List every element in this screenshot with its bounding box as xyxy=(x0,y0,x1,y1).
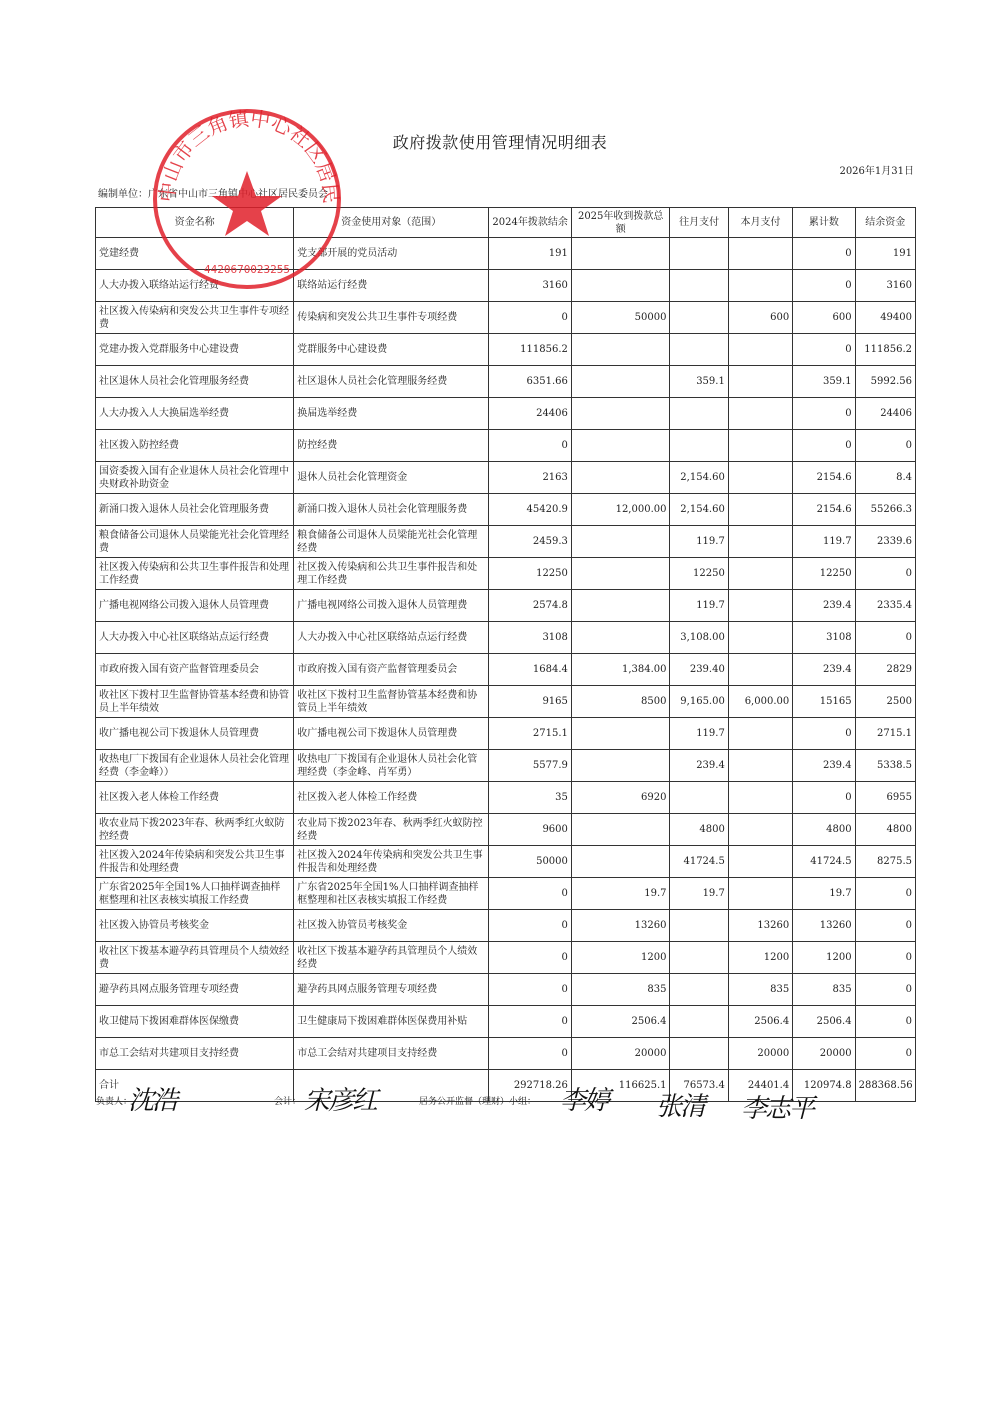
fund-name-cell: 党建办拨入党群服务中心建设费 xyxy=(96,334,294,366)
received-2025-cell xyxy=(571,238,670,270)
responsible-person-label: 负责人： xyxy=(96,1094,132,1107)
received-2025-cell xyxy=(571,526,670,558)
received-2025-cell xyxy=(571,366,670,398)
remaining-cell: 24406 xyxy=(855,398,915,430)
remaining-cell: 6955 xyxy=(855,782,915,814)
cumulative-cell: 239.4 xyxy=(793,750,855,782)
received-2025-cell xyxy=(571,590,670,622)
group-member-signature-2: 张清 xyxy=(656,1086,704,1123)
scope-cell: 收社区下拨基本避孕药具管理员个人绩效经费 xyxy=(294,942,489,974)
current-paid-cell xyxy=(728,558,792,590)
table-row: 国资委拨入国有企业退休人员社会化管理中央财政补助资金退休人员社会化管理资金216… xyxy=(96,462,916,494)
balance-2024-cell: 0 xyxy=(489,910,572,942)
prev-paid-cell xyxy=(670,910,728,942)
current-paid-cell xyxy=(728,654,792,686)
current-paid-cell: 835 xyxy=(728,974,792,1006)
scope-cell: 联络站运行经费 xyxy=(294,270,489,302)
balance-2024-cell: 2715.1 xyxy=(489,718,572,750)
received-2025-cell: 8500 xyxy=(571,686,670,718)
fund-name-cell: 广播电视网络公司拨入退休人员管理费 xyxy=(96,590,294,622)
balance-2024-cell: 45420.9 xyxy=(489,494,572,526)
fund-name-cell: 社区拨入传染病和突发公共卫生事件专项经费 xyxy=(96,302,294,334)
table-row: 收社区下拨村卫生监督协管基本经费和协管员上半年绩效收社区下拨村卫生监督协管基本经… xyxy=(96,686,916,718)
balance-2024-cell: 3108 xyxy=(489,622,572,654)
col-header-scope: 资金使用对象（范围） xyxy=(294,208,489,238)
received-2025-cell xyxy=(571,558,670,590)
table-row: 收社区下拨基本避孕药具管理员个人绩效经费收社区下拨基本避孕药具管理员个人绩效经费… xyxy=(96,942,916,974)
cumulative-cell: 835 xyxy=(793,974,855,1006)
current-paid-cell xyxy=(728,366,792,398)
fund-name-cell: 收社区下拨村卫生监督协管基本经费和协管员上半年绩效 xyxy=(96,686,294,718)
prev-paid-cell xyxy=(670,334,728,366)
remaining-cell: 3160 xyxy=(855,270,915,302)
cumulative-cell: 41724.5 xyxy=(793,846,855,878)
balance-2024-cell: 0 xyxy=(489,1006,572,1038)
prev-paid-cell: 2,154.60 xyxy=(670,494,728,526)
received-2025-cell: 12,000.00 xyxy=(571,494,670,526)
balance-2024-cell: 0 xyxy=(489,1038,572,1070)
balance-2024-cell: 0 xyxy=(489,942,572,974)
fund-name-cell: 新涌口拨入退休人员社会化管理服务费 xyxy=(96,494,294,526)
table-row: 人大办拨入人大换届选举经费换届选举经费24406024406 xyxy=(96,398,916,430)
supervision-group-label: 居务公开监督（理财）小组： xyxy=(419,1094,536,1107)
scope-cell: 收广播电视公司下拨退休人员管理费 xyxy=(294,718,489,750)
col-header-prev-paid: 往月支付 xyxy=(670,208,728,238)
scope-cell: 卫生健康局下拨困难群体医保费用补贴 xyxy=(294,1006,489,1038)
received-2025-cell xyxy=(571,270,670,302)
current-paid-cell xyxy=(728,590,792,622)
funds-table: 资金名称 资金使用对象（范围） 2024年拨款结余 2025年收到拨款总额 往月… xyxy=(95,207,916,1102)
balance-2024-cell: 6351.66 xyxy=(489,366,572,398)
cumulative-cell: 359.1 xyxy=(793,366,855,398)
current-paid-cell xyxy=(728,398,792,430)
fund-name-cell: 收社区下拨基本避孕药具管理员个人绩效经费 xyxy=(96,942,294,974)
prev-paid-cell xyxy=(670,398,728,430)
remaining-cell: 2339.6 xyxy=(855,526,915,558)
remaining-cell: 0 xyxy=(855,974,915,1006)
table-row: 市总工会结对共建项目支持经费市总工会结对共建项目支持经费020000200002… xyxy=(96,1038,916,1070)
signature-section: 负责人： 沈浩 会计： 宋彦红 居务公开监督（理财）小组： 李婷 张清 李志平 xyxy=(96,1092,916,1132)
responsible-person-signature: 沈浩 xyxy=(128,1080,176,1117)
scope-cell: 社区拨入传染病和公共卫生事件报告和处理工作经费 xyxy=(294,558,489,590)
scope-cell: 社区拨入老人体检工作经费 xyxy=(294,782,489,814)
balance-2024-cell: 111856.2 xyxy=(489,334,572,366)
remaining-cell: 0 xyxy=(855,558,915,590)
balance-2024-cell: 0 xyxy=(489,430,572,462)
table-row: 社区拨入协管员考核奖金社区拨入协管员考核奖金01326013260132600 xyxy=(96,910,916,942)
prev-paid-cell xyxy=(670,974,728,1006)
prev-paid-cell: 119.7 xyxy=(670,590,728,622)
remaining-cell: 5992.56 xyxy=(855,366,915,398)
cumulative-cell: 2506.4 xyxy=(793,1006,855,1038)
cumulative-cell: 0 xyxy=(793,718,855,750)
balance-2024-cell: 0 xyxy=(489,878,572,910)
fund-name-cell: 社区拨入老人体检工作经费 xyxy=(96,782,294,814)
remaining-cell: 2829 xyxy=(855,654,915,686)
table-row: 社区退休人员社会化管理服务经费社区退休人员社会化管理服务经费6351.66359… xyxy=(96,366,916,398)
balance-2024-cell: 3160 xyxy=(489,270,572,302)
fund-name-cell: 收广播电视公司下拨退休人员管理费 xyxy=(96,718,294,750)
remaining-cell: 0 xyxy=(855,910,915,942)
accountant-signature: 宋彦红 xyxy=(304,1080,376,1117)
table-row: 党建办拨入党群服务中心建设费党群服务中心建设费111856.20111856.2 xyxy=(96,334,916,366)
balance-2024-cell: 2459.3 xyxy=(489,526,572,558)
prev-paid-cell xyxy=(670,270,728,302)
fund-name-cell: 收热电厂下拨国有企业退休人员社会化管理经费（李金峰）） xyxy=(96,750,294,782)
prev-paid-cell: 4800 xyxy=(670,814,728,846)
cumulative-cell: 0 xyxy=(793,270,855,302)
cumulative-cell: 13260 xyxy=(793,910,855,942)
received-2025-cell xyxy=(571,430,670,462)
prev-paid-cell xyxy=(670,238,728,270)
current-paid-cell xyxy=(728,270,792,302)
prev-paid-cell xyxy=(670,302,728,334)
group-member-signature-3: 李志平 xyxy=(741,1088,813,1125)
prev-paid-cell: 119.7 xyxy=(670,526,728,558)
fund-name-cell: 社区拨入防控经费 xyxy=(96,430,294,462)
scope-cell: 市政府拨入国有资产监督管理委员会 xyxy=(294,654,489,686)
remaining-cell: 191 xyxy=(855,238,915,270)
prev-paid-cell: 239.40 xyxy=(670,654,728,686)
received-2025-cell xyxy=(571,846,670,878)
table-row: 社区拨入传染病和公共卫生事件报告和处理工作经费社区拨入传染病和公共卫生事件报告和… xyxy=(96,558,916,590)
fund-name-cell: 广东省2025年全国1%人口抽样调查抽样框整理和社区表核实填报工作经费 xyxy=(96,878,294,910)
table-row: 人大办拨入中心社区联络站点运行经费人大办拨入中心社区联络站点运行经费31083,… xyxy=(96,622,916,654)
scope-cell: 社区拨入协管员考核奖金 xyxy=(294,910,489,942)
received-2025-cell: 50000 xyxy=(571,302,670,334)
table-row: 人大办拨入联络站运行经费联络站运行经费316003160 xyxy=(96,270,916,302)
prev-paid-cell xyxy=(670,430,728,462)
scope-cell: 党群服务中心建设费 xyxy=(294,334,489,366)
received-2025-cell: 835 xyxy=(571,974,670,1006)
cumulative-cell: 20000 xyxy=(793,1038,855,1070)
table-row: 新涌口拨入退休人员社会化管理服务费新涌口拨入退休人员社会化管理服务费45420.… xyxy=(96,494,916,526)
remaining-cell: 49400 xyxy=(855,302,915,334)
current-paid-cell xyxy=(728,526,792,558)
fund-name-cell: 人大办拨入联络站运行经费 xyxy=(96,270,294,302)
received-2025-cell xyxy=(571,462,670,494)
prev-paid-cell: 359.1 xyxy=(670,366,728,398)
remaining-cell: 2335.4 xyxy=(855,590,915,622)
fund-name-cell: 避孕药具网点服务管理专项经费 xyxy=(96,974,294,1006)
prev-paid-cell: 19.7 xyxy=(670,878,728,910)
current-paid-cell xyxy=(728,462,792,494)
cumulative-cell: 239.4 xyxy=(793,654,855,686)
received-2025-cell: 13260 xyxy=(571,910,670,942)
scope-cell: 广东省2025年全国1%人口抽样调查抽样框整理和社区表核实填报工作经费 xyxy=(294,878,489,910)
prev-paid-cell xyxy=(670,942,728,974)
prev-paid-cell: 239.4 xyxy=(670,750,728,782)
fund-name-cell: 社区拨入2024年传染病和突发公共卫生事件报告和处理经费 xyxy=(96,846,294,878)
scope-cell: 党支部开展的党员活动 xyxy=(294,238,489,270)
cumulative-cell: 19.7 xyxy=(793,878,855,910)
col-header-cumulative: 累计数 xyxy=(793,208,855,238)
current-paid-cell xyxy=(728,718,792,750)
received-2025-cell: 1,384.00 xyxy=(571,654,670,686)
fund-name-cell: 人大办拨入人大换届选举经费 xyxy=(96,398,294,430)
current-paid-cell: 600 xyxy=(728,302,792,334)
received-2025-cell: 2506.4 xyxy=(571,1006,670,1038)
table-row: 广东省2025年全国1%人口抽样调查抽样框整理和社区表核实填报工作经费广东省20… xyxy=(96,878,916,910)
scope-cell: 退休人员社会化管理资金 xyxy=(294,462,489,494)
col-header-2024-balance: 2024年拨款结余 xyxy=(489,208,572,238)
fund-name-cell: 市总工会结对共建项目支持经费 xyxy=(96,1038,294,1070)
received-2025-cell xyxy=(571,750,670,782)
scope-cell: 传染病和突发公共卫生事件专项经费 xyxy=(294,302,489,334)
current-paid-cell xyxy=(728,878,792,910)
scope-cell: 收社区下拨村卫生监督协管基本经费和协管员上半年绩效 xyxy=(294,686,489,718)
remaining-cell: 8275.5 xyxy=(855,846,915,878)
prev-paid-cell xyxy=(670,1038,728,1070)
fund-name-cell: 国资委拨入国有企业退休人员社会化管理中央财政补助资金 xyxy=(96,462,294,494)
current-paid-cell: 2506.4 xyxy=(728,1006,792,1038)
balance-2024-cell: 5577.9 xyxy=(489,750,572,782)
table-row: 收热电厂下拨国有企业退休人员社会化管理经费（李金峰））收热电厂下拨国有企业退休人… xyxy=(96,750,916,782)
table-row: 社区拨入老人体检工作经费社区拨入老人体检工作经费35692006955 xyxy=(96,782,916,814)
table-row: 社区拨入2024年传染病和突发公共卫生事件报告和处理经费社区拨入2024年传染病… xyxy=(96,846,916,878)
cumulative-cell: 0 xyxy=(793,238,855,270)
prev-paid-cell xyxy=(670,782,728,814)
col-header-current-paid: 本月支付 xyxy=(728,208,792,238)
current-paid-cell xyxy=(728,238,792,270)
remaining-cell: 5338.5 xyxy=(855,750,915,782)
cumulative-cell: 0 xyxy=(793,430,855,462)
balance-2024-cell: 1684.4 xyxy=(489,654,572,686)
remaining-cell: 4800 xyxy=(855,814,915,846)
table-row: 收广播电视公司下拨退休人员管理费收广播电视公司下拨退休人员管理费2715.111… xyxy=(96,718,916,750)
remaining-cell: 0 xyxy=(855,1006,915,1038)
received-2025-cell xyxy=(571,718,670,750)
cumulative-cell: 2154.6 xyxy=(793,494,855,526)
cumulative-cell: 0 xyxy=(793,398,855,430)
fund-name-cell: 党建经费 xyxy=(96,238,294,270)
prev-paid-cell xyxy=(670,1006,728,1038)
remaining-cell: 8.4 xyxy=(855,462,915,494)
current-paid-cell: 6,000.00 xyxy=(728,686,792,718)
table-row: 党建经费党支部开展的党员活动1910191 xyxy=(96,238,916,270)
received-2025-cell: 19.7 xyxy=(571,878,670,910)
table-row: 广播电视网络公司拨入退休人员管理费广播电视网络公司拨入退休人员管理费2574.8… xyxy=(96,590,916,622)
fund-name-cell: 收农业局下拨2023年春、秋两季红火蚁防控经费 xyxy=(96,814,294,846)
table-row: 社区拨入防控经费防控经费000 xyxy=(96,430,916,462)
received-2025-cell xyxy=(571,334,670,366)
remaining-cell: 111856.2 xyxy=(855,334,915,366)
balance-2024-cell: 0 xyxy=(489,974,572,1006)
scope-cell: 避孕药具网点服务管理专项经费 xyxy=(294,974,489,1006)
col-header-remaining: 结余资金 xyxy=(855,208,915,238)
cumulative-cell: 12250 xyxy=(793,558,855,590)
balance-2024-cell: 0 xyxy=(489,302,572,334)
cumulative-cell: 600 xyxy=(793,302,855,334)
balance-2024-cell: 9600 xyxy=(489,814,572,846)
current-paid-cell xyxy=(728,430,792,462)
fund-name-cell: 社区退休人员社会化管理服务经费 xyxy=(96,366,294,398)
table-row: 市政府拨入国有资产监督管理委员会市政府拨入国有资产监督管理委员会1684.41,… xyxy=(96,654,916,686)
current-paid-cell xyxy=(728,814,792,846)
cumulative-cell: 15165 xyxy=(793,686,855,718)
received-2025-cell xyxy=(571,622,670,654)
balance-2024-cell: 35 xyxy=(489,782,572,814)
scope-cell: 收热电厂下拨国有企业退休人员社会化管理经费（李金峰、肖军勇） xyxy=(294,750,489,782)
scope-cell: 人大办拨入中心社区联络站点运行经费 xyxy=(294,622,489,654)
scope-cell: 社区退休人员社会化管理服务经费 xyxy=(294,366,489,398)
remaining-cell: 0 xyxy=(855,1038,915,1070)
table-row: 避孕药具网点服务管理专项经费避孕药具网点服务管理专项经费08358358350 xyxy=(96,974,916,1006)
current-paid-cell: 1200 xyxy=(728,942,792,974)
current-paid-cell xyxy=(728,846,792,878)
remaining-cell: 0 xyxy=(855,430,915,462)
scope-cell: 新涌口拨入退休人员社会化管理服务费 xyxy=(294,494,489,526)
balance-2024-cell: 24406 xyxy=(489,398,572,430)
fund-name-cell: 粮食储备公司退休人员梁能光社会化管理经费 xyxy=(96,526,294,558)
table-header-row: 资金名称 资金使用对象（范围） 2024年拨款结余 2025年收到拨款总额 往月… xyxy=(96,208,916,238)
balance-2024-cell: 191 xyxy=(489,238,572,270)
table-row: 社区拨入传染病和突发公共卫生事件专项经费传染病和突发公共卫生事件专项经费0500… xyxy=(96,302,916,334)
prev-paid-cell: 9,165.00 xyxy=(670,686,728,718)
received-2025-cell xyxy=(571,814,670,846)
prev-paid-cell: 119.7 xyxy=(670,718,728,750)
cumulative-cell: 1200 xyxy=(793,942,855,974)
col-header-2025-received: 2025年收到拨款总额 xyxy=(571,208,670,238)
prev-paid-cell: 41724.5 xyxy=(670,846,728,878)
prev-paid-cell: 3,108.00 xyxy=(670,622,728,654)
cumulative-cell: 119.7 xyxy=(793,526,855,558)
fund-name-cell: 社区拨入传染病和公共卫生事件报告和处理工作经费 xyxy=(96,558,294,590)
remaining-cell: 0 xyxy=(855,878,915,910)
current-paid-cell: 13260 xyxy=(728,910,792,942)
scope-cell: 粮食储备公司退休人员梁能光社会化管理经费 xyxy=(294,526,489,558)
balance-2024-cell: 50000 xyxy=(489,846,572,878)
fund-name-cell: 收卫健局下拨困难群体医保缴费 xyxy=(96,1006,294,1038)
document-date: 2026年1月31日 xyxy=(839,162,914,177)
current-paid-cell xyxy=(728,622,792,654)
cumulative-cell: 0 xyxy=(793,782,855,814)
remaining-cell: 0 xyxy=(855,622,915,654)
accountant-label: 会计： xyxy=(274,1094,301,1107)
remaining-cell: 55266.3 xyxy=(855,494,915,526)
current-paid-cell xyxy=(728,782,792,814)
table-row: 收农业局下拨2023年春、秋两季红火蚁防控经费农业局下拨2023年春、秋两季红火… xyxy=(96,814,916,846)
fund-name-cell: 市政府拨入国有资产监督管理委员会 xyxy=(96,654,294,686)
current-paid-cell xyxy=(728,750,792,782)
col-header-fund-name: 资金名称 xyxy=(96,208,294,238)
fund-name-cell: 社区拨入协管员考核奖金 xyxy=(96,910,294,942)
group-member-signature-1: 李婷 xyxy=(560,1080,608,1117)
cumulative-cell: 2154.6 xyxy=(793,462,855,494)
received-2025-cell: 6920 xyxy=(571,782,670,814)
received-2025-cell: 20000 xyxy=(571,1038,670,1070)
balance-2024-cell: 12250 xyxy=(489,558,572,590)
prev-paid-cell: 2,154.60 xyxy=(670,462,728,494)
prev-paid-cell: 12250 xyxy=(670,558,728,590)
balance-2024-cell: 9165 xyxy=(489,686,572,718)
scope-cell: 广播电视网络公司拨入退休人员管理费 xyxy=(294,590,489,622)
current-paid-cell xyxy=(728,334,792,366)
cumulative-cell: 3108 xyxy=(793,622,855,654)
table-row: 收卫健局下拨困难群体医保缴费卫生健康局下拨困难群体医保费用补贴02506.425… xyxy=(96,1006,916,1038)
scope-cell: 防控经费 xyxy=(294,430,489,462)
scope-cell: 换届选举经费 xyxy=(294,398,489,430)
compiling-unit: 编制单位：广东省中山市三角镇中心社区居民委员会 xyxy=(98,185,328,200)
scope-cell: 社区拨入2024年传染病和突发公共卫生事件报告和处理经费 xyxy=(294,846,489,878)
cumulative-cell: 0 xyxy=(793,334,855,366)
current-paid-cell: 20000 xyxy=(728,1038,792,1070)
remaining-cell: 2715.1 xyxy=(855,718,915,750)
fund-name-cell: 人大办拨入中心社区联络站点运行经费 xyxy=(96,622,294,654)
balance-2024-cell: 2163 xyxy=(489,462,572,494)
remaining-cell: 0 xyxy=(855,942,915,974)
cumulative-cell: 239.4 xyxy=(793,590,855,622)
document-title: 政府拨款使用管理情况明细表 xyxy=(0,130,1000,153)
table-row: 粮食储备公司退休人员梁能光社会化管理经费粮食储备公司退休人员梁能光社会化管理经费… xyxy=(96,526,916,558)
balance-2024-cell: 2574.8 xyxy=(489,590,572,622)
current-paid-cell xyxy=(728,494,792,526)
received-2025-cell xyxy=(571,398,670,430)
received-2025-cell: 1200 xyxy=(571,942,670,974)
remaining-cell: 2500 xyxy=(855,686,915,718)
scope-cell: 市总工会结对共建项目支持经费 xyxy=(294,1038,489,1070)
scope-cell: 农业局下拨2023年春、秋两季红火蚁防控经费 xyxy=(294,814,489,846)
cumulative-cell: 4800 xyxy=(793,814,855,846)
